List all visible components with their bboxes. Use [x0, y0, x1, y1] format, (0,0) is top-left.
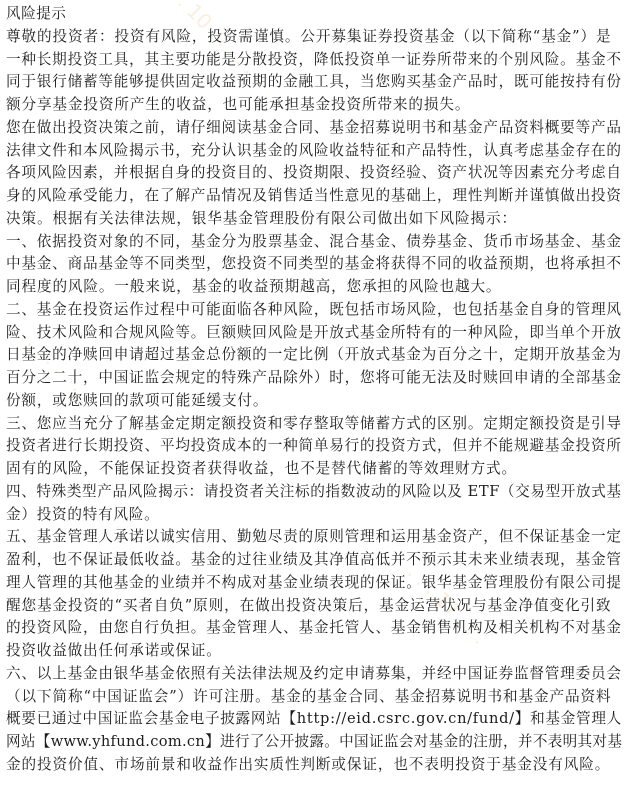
text-line: 份额，或您赎回的款项可能延缓支付。: [6, 390, 624, 413]
text-line: 的投资风险，由您自行负担。基金管理人、基金托管人、基金销售机构及相关机构不对基金: [6, 617, 624, 640]
text-line: 醒您基金投资的“买者自负”原则，在做出投资决策后，基金运营状况与基金净值变化引致: [6, 595, 624, 618]
text-line: 概要已通过中国证监会基金电子披露网站【http://eid.csrc.gov.c…: [6, 708, 624, 731]
text-line: 盈利，也不保证最低收益。基金的过往业绩及其净值高低并不预示其未来业绩表现，基金管: [6, 549, 624, 572]
text-line: 投资收益做出任何承诺或保证。: [6, 640, 624, 663]
text-line: 法律文件和本风险揭示书，充分认识基金的风险收益特征和产品特性，认真考虑基金存在的: [6, 140, 624, 163]
text-line: 同程度的风险。一般来说，基金的收益预期越高，您承担的风险也越大。: [6, 276, 624, 299]
text-line: 尊敬的投资者：投资有风险，投资需谨慎。公开募集证券投资基金（以下简称“基金”）是: [6, 26, 624, 49]
text-line: 四、特殊类型产品风险揭示：请投资者关注标的指数波动的风险以及 ETF（交易型开放…: [6, 481, 624, 504]
text-line: 网站【www.yhfund.com.cn】进行了公开披露。中国证监会对基金的注册…: [6, 731, 624, 754]
text-line: 决策。根据有关法律法规，银华基金管理股份有限公司做出如下风险揭示：: [6, 208, 624, 231]
text-line: 险、技术风险和合规风险等。巨额赎回风险是开放式基金所特有的一种风险，即当单个开放: [6, 322, 624, 345]
text-line: 五、基金管理人承诺以诚实信用、勤勉尽责的原则管理和运用基金资产，但不保证基金一定: [6, 526, 624, 549]
text-line: 一种长期投资工具，其主要功能是分散投资，降低投资单一证券所带来的个别风险。基金不: [6, 49, 624, 72]
text-line: 日基金的净赎回申请超过基金总份额的一定比例（开放式基金为百分之十，定期开放基金为: [6, 344, 624, 367]
text-line: 百分之二十，中国证监会规定的特殊产品除外）时，您将可能无法及时赎回申请的全部基金: [6, 367, 624, 390]
text-line: 金的投资价值、市场前景和收益作出实质性判断或保证，也不表明投资于基金没有风险。: [6, 754, 624, 777]
text-line: 二、基金在投资运作过程中可能面临各种风险，既包括市场风险，也包括基金自身的管理风: [6, 299, 624, 322]
document-title: 风险提示: [6, 3, 624, 26]
text-line: （以下简称“中国证监会”）许可注册。基金的基金合同、基金招募说明书和基金产品资料: [6, 686, 624, 709]
text-line: 固有的风险，不能保证投资者获得收益，也不是替代储蓄的等效理财方式。: [6, 458, 624, 481]
text-line: 理人管理的其他基金的业绩并不构成对基金业绩表现的保证。银华基金管理股份有限公司提: [6, 572, 624, 595]
text-line: 一、依据投资对象的不同，基金分为股票基金、混合基金、债券基金、货币市场基金、基金: [6, 231, 624, 254]
text-line: 各项风险因素，并根据自身的投资目的、投资期限、投资经验、资产状况等因素充分考虑自: [6, 162, 624, 185]
text-line: 中基金、商品基金等不同类型，您投资不同类型的基金将获得不同的收益预期，也将承担不: [6, 253, 624, 276]
text-line: 金）投资的特有风险。: [6, 504, 624, 527]
text-line: 同于银行储蓄等能够提供固定收益预期的金融工具，当您购买基金产品时，既可能按持有份: [6, 71, 624, 94]
text-line: 身的风险承受能力，在了解产品情况及销售适当性意见的基础上，理性判断并谨慎做出投资: [6, 185, 624, 208]
text-line: 投资者进行长期投资、平均投资成本的一种简单易行的投资方式，但并不能规避基金投资所: [6, 435, 624, 458]
text-line: 六、以上基金由银华基金依照有关法律法规及约定申请募集，并经中国证券监督管理委员会: [6, 663, 624, 686]
text-line: 三、您应当充分了解基金定期定额投资和零存整取等储蓄方式的区别。定期定额投资是引导: [6, 413, 624, 436]
text-line: 您在做出投资决策之前，请仔细阅读基金合同、基金招募说明书和基金产品资料概要等产品: [6, 117, 624, 140]
text-line: 额分享基金投资所产生的收益，也可能承担基金投资所带来的损失。: [6, 94, 624, 117]
risk-disclosure-document: 风险提示 尊敬的投资者：投资有风险，投资需谨慎。公开募集证券投资基金（以下简称“…: [6, 3, 624, 777]
